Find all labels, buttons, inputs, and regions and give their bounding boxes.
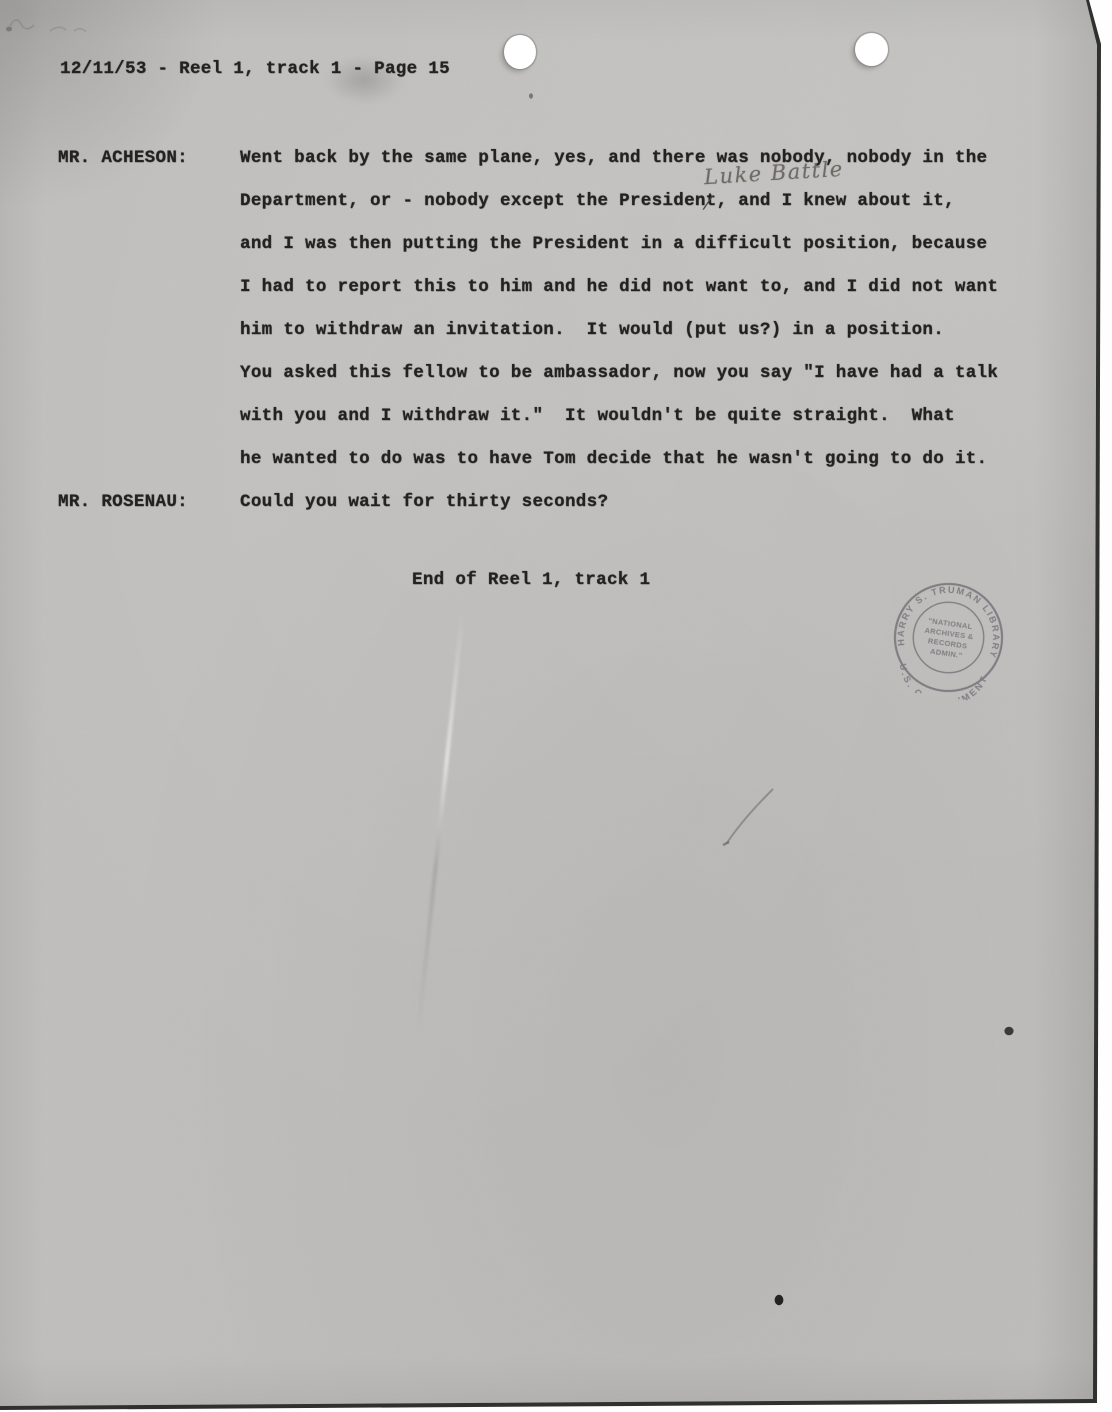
transcript-line: with you and I withdraw it." It wouldn't… <box>240 405 998 448</box>
speaker-label: MR. ACHESON: <box>58 147 240 190</box>
pencil-tick <box>723 842 729 845</box>
speaker-label: MR. ROSENAU: <box>58 491 240 534</box>
transcript-line: Went back by the same plane, yes, and th… <box>240 147 998 190</box>
transcript-line: and I was then putting the President in … <box>240 233 998 276</box>
transcript-line: him to withdraw an invitation. It would … <box>240 319 998 362</box>
archives-stamp: HARRY S. TRUMAN LIBRARY U.S. GOVERNMENT … <box>881 570 1015 704</box>
speech-block-rosenau: MR. ROSENAU: Could you wait for thirty s… <box>58 491 998 534</box>
stamp-bottom-arc-text: U.S. GOVERNMENT <box>893 661 991 704</box>
punch-hole-right <box>855 33 888 66</box>
pencil-stroke <box>727 789 773 843</box>
speech-lines: Could you wait for thirty seconds? <box>240 491 998 534</box>
ink-dot <box>1004 1027 1013 1036</box>
transcript-line: he wanted to do was to have Tom decide t… <box>240 448 998 491</box>
pencil-scribble <box>50 27 86 32</box>
pencil-dot <box>6 27 12 32</box>
transcript-line: Could you wait for thirty seconds? <box>240 491 998 534</box>
closing-line: End of Reel 1, track 1 <box>412 570 650 590</box>
scanned-transcript-page: 12/11/53 - Reel 1, track 1 - Page 15 MR.… <box>0 0 1112 1412</box>
speech-block-acheson: MR. ACHESON: Went back by the same plane… <box>58 147 998 491</box>
pencil-scribble <box>10 20 34 29</box>
small-speck <box>529 93 533 98</box>
paper: 12/11/53 - Reel 1, track 1 - Page 15 MR.… <box>0 0 1112 1412</box>
punch-hole-left <box>504 35 536 69</box>
transcript-line: You asked this fellow to be ambassador, … <box>240 362 998 405</box>
transcript: MR. ACHESON: Went back by the same plane… <box>58 147 998 534</box>
page-header: 12/11/53 - Reel 1, track 1 - Page 15 <box>60 59 450 79</box>
paper-crease <box>416 611 465 1039</box>
transcript-line: Department, or - nobody except the Presi… <box>240 190 998 233</box>
ink-dot <box>775 1295 784 1305</box>
transcript-line: I had to report this to him and he did n… <box>240 276 998 319</box>
speech-lines: Went back by the same plane, yes, and th… <box>240 147 998 491</box>
